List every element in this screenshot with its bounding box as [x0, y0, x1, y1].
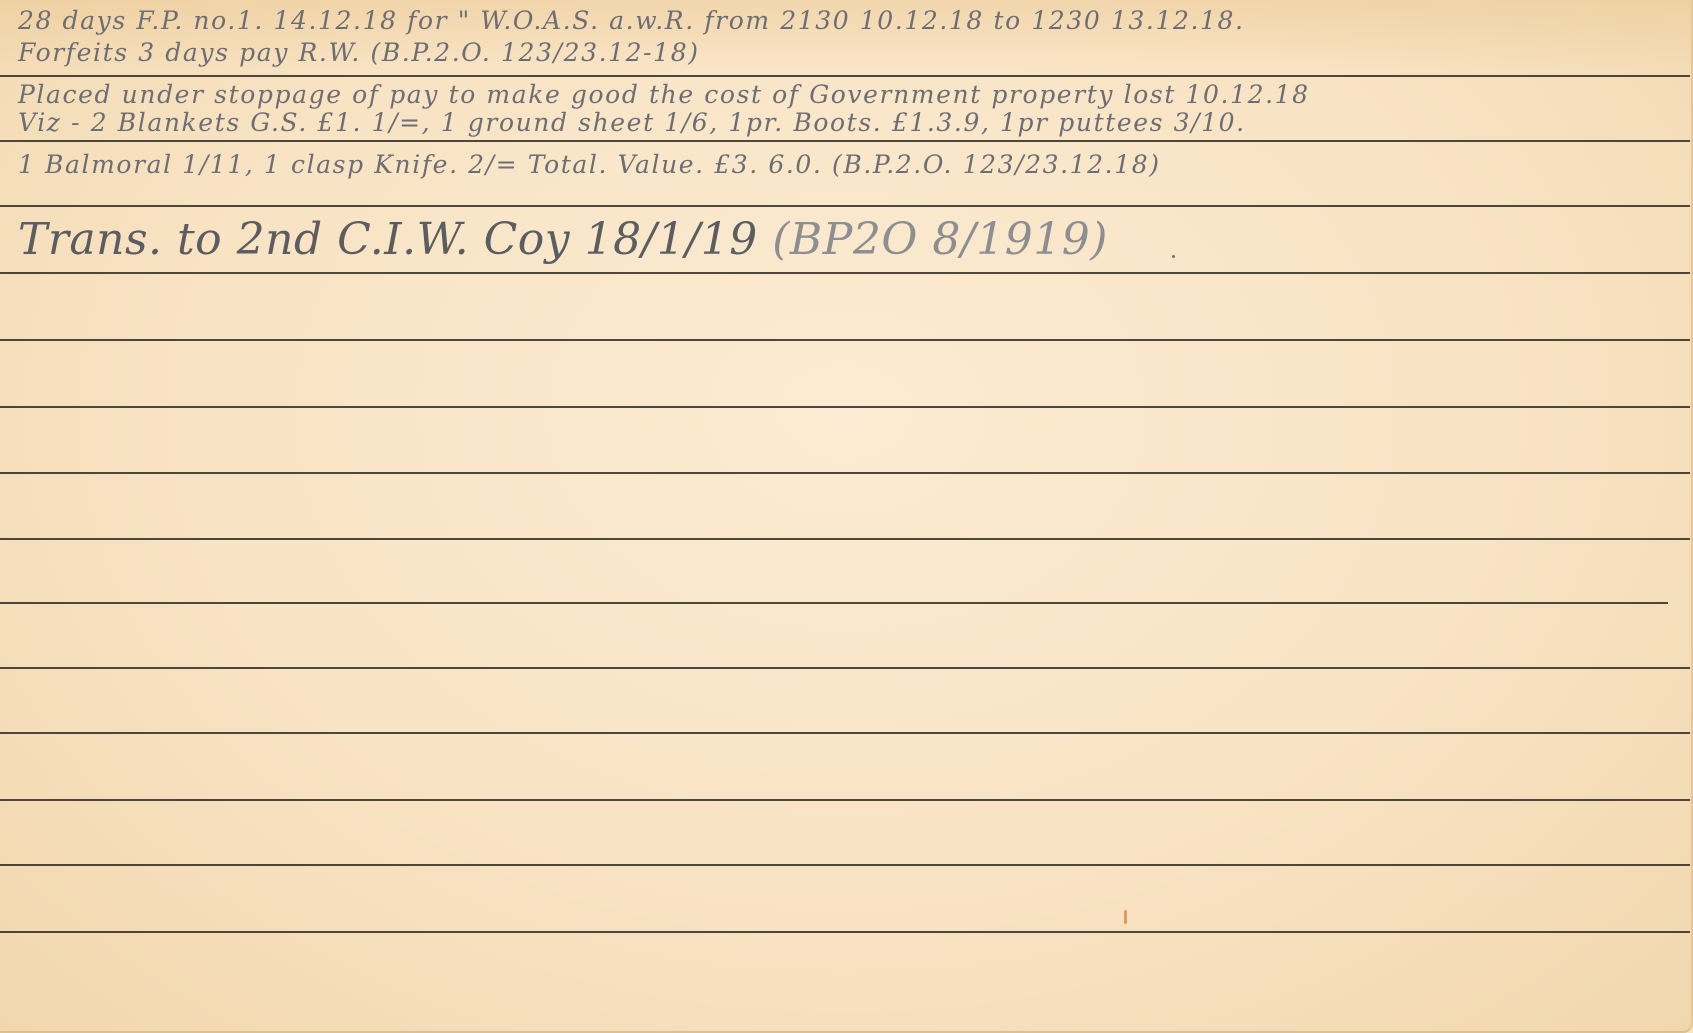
transfer-entry: Trans. to 2nd C.I.W. Coy 18/1/19 (BP2O 8… — [18, 214, 1108, 265]
entry-line-1: 28 days F.P. no.1. 14.12.18 for " W.O.A.… — [18, 6, 1245, 35]
record-card: 28 days F.P. no.1. 14.12.18 for " W.O.A.… — [0, 0, 1693, 1033]
ruled-line — [0, 732, 1690, 734]
ruled-line — [0, 472, 1690, 474]
ink-dot — [1172, 255, 1175, 258]
entry-line-4: Viz - 2 Blankets G.S. £1. 1/=, 1 ground … — [18, 108, 1246, 137]
ruled-line — [0, 272, 1690, 274]
ruled-line — [0, 602, 1668, 604]
entry-line-2: Forfeits 3 days pay R.W. (B.P.2.O. 123/2… — [18, 38, 700, 67]
ruled-line — [0, 339, 1690, 341]
ruled-line — [0, 140, 1690, 142]
entry-line-3: Placed under stoppage of pay to make goo… — [18, 80, 1310, 109]
ruled-line — [0, 538, 1690, 540]
entry-line-5: 1 Balmoral 1/11, 1 clasp Knife. 2/= Tota… — [18, 150, 1161, 179]
ruled-line — [0, 864, 1690, 866]
stain-mark — [1124, 910, 1127, 924]
ruled-line — [0, 799, 1690, 801]
transfer-reference: (BP2O 8/1919) — [772, 214, 1108, 265]
transfer-text: Trans. to 2nd C.I.W. Coy 18/1/19 — [18, 214, 758, 265]
ruled-line — [0, 406, 1690, 408]
ruled-line — [0, 75, 1690, 77]
ruled-line — [0, 205, 1690, 207]
ruled-line — [0, 667, 1690, 669]
ruled-line — [0, 931, 1690, 933]
